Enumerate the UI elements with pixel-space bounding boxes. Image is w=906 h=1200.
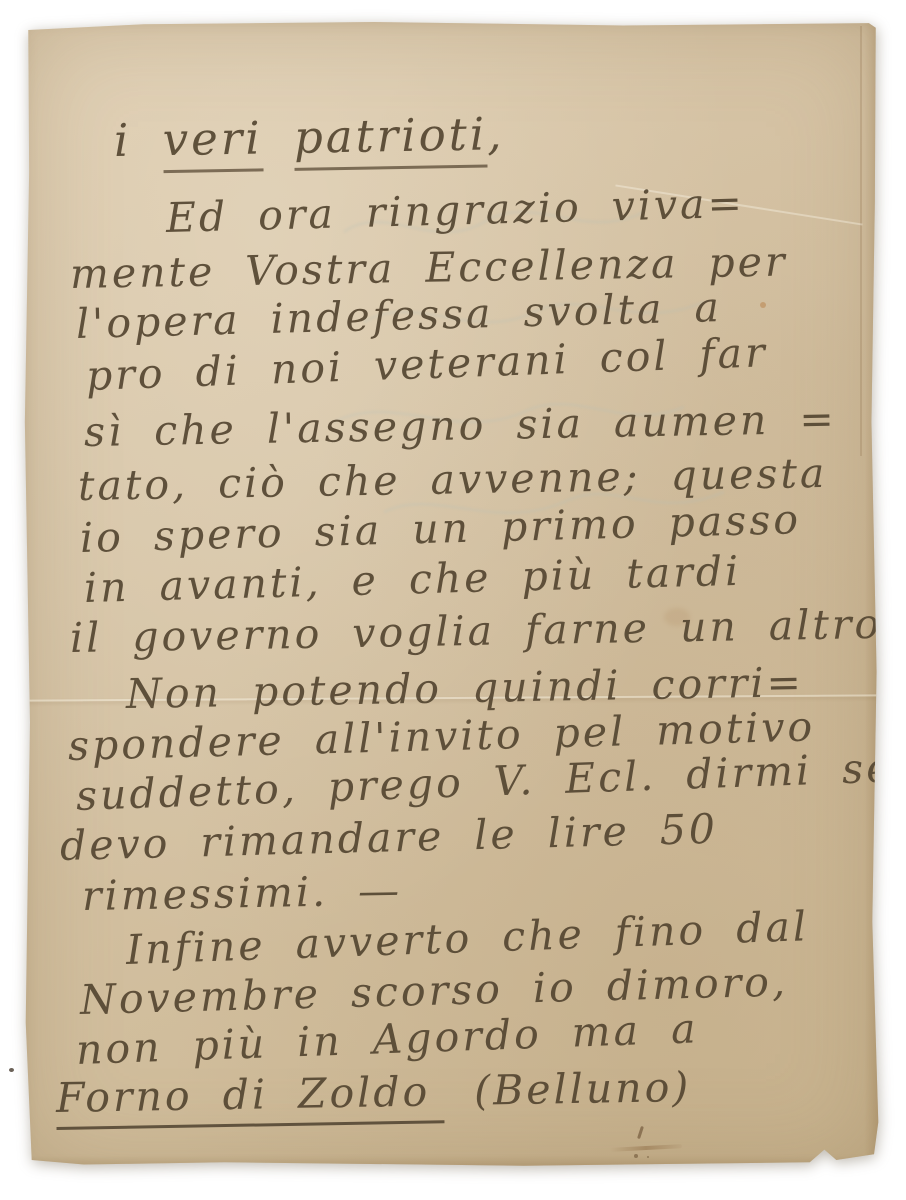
line-text bbox=[262, 111, 294, 165]
ink-dots bbox=[634, 1154, 638, 1158]
handwritten-line: Forno di Zoldo (Belluno) bbox=[56, 1063, 692, 1122]
handwritten-line: rimessimi. — bbox=[82, 866, 403, 920]
letter-paper: i veri patrioti, Ed ora ringrazio viva= … bbox=[24, 22, 880, 1168]
underlined-text: Forno di Zoldo bbox=[56, 1067, 445, 1130]
ink-tick-mark bbox=[637, 1126, 644, 1139]
underlined-text: veri bbox=[162, 111, 263, 173]
paper-edge-shading bbox=[24, 1156, 880, 1168]
line-text: , bbox=[487, 107, 505, 160]
fold-crease bbox=[860, 26, 862, 456]
dust-speck bbox=[9, 1068, 14, 1072]
line-text: i bbox=[114, 113, 164, 167]
paper-edge-shading bbox=[864, 22, 880, 1168]
rust-stain bbox=[760, 302, 766, 308]
line-text: (Belluno) bbox=[444, 1063, 692, 1115]
handwritten-line: i veri patrioti, bbox=[114, 107, 505, 167]
letter-photo: i veri patrioti, Ed ora ringrazio viva= … bbox=[24, 22, 880, 1168]
underlined-text: patrioti bbox=[293, 107, 487, 170]
ink-smudge bbox=[610, 1144, 682, 1152]
